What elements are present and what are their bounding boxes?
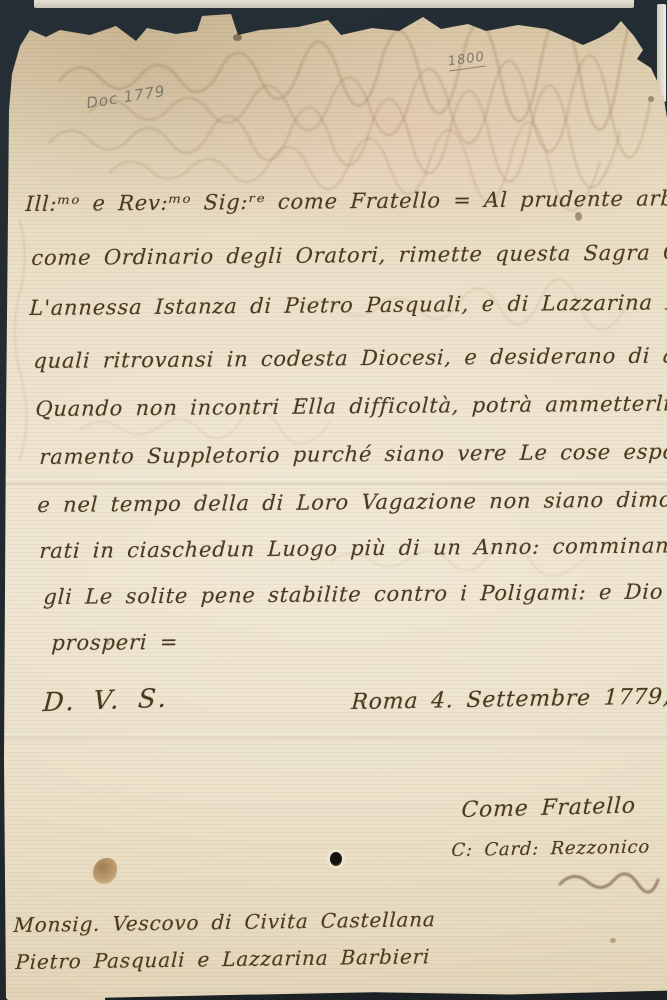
signature-name: C: Card: Rezzonico [451,837,651,861]
speck [361,700,365,704]
speck [106,640,110,645]
photo-of-manuscript-letter: Doc 1779 1800 Ill:ᵐᵒ e Rev:ᵐᵒ Sig:ʳᵉ com… [0,0,667,1000]
manuscript-line: prosperi = [51,630,179,655]
signature-salutation: Come Fratello [461,793,636,823]
speck [610,938,616,943]
letter-sheet: Doc 1779 1800 Ill:ᵐᵒ e Rev:ᵐᵒ Sig:ʳᵉ com… [0,0,667,1000]
fold-crease-lower [0,733,667,740]
fold-crease-upper [0,479,667,486]
speck [575,212,582,221]
speck [233,34,242,41]
closing-initials: D. V. S. [42,684,170,719]
mat-edge-top [34,0,634,8]
speck [648,96,654,102]
ink-hole-spot [330,852,342,866]
